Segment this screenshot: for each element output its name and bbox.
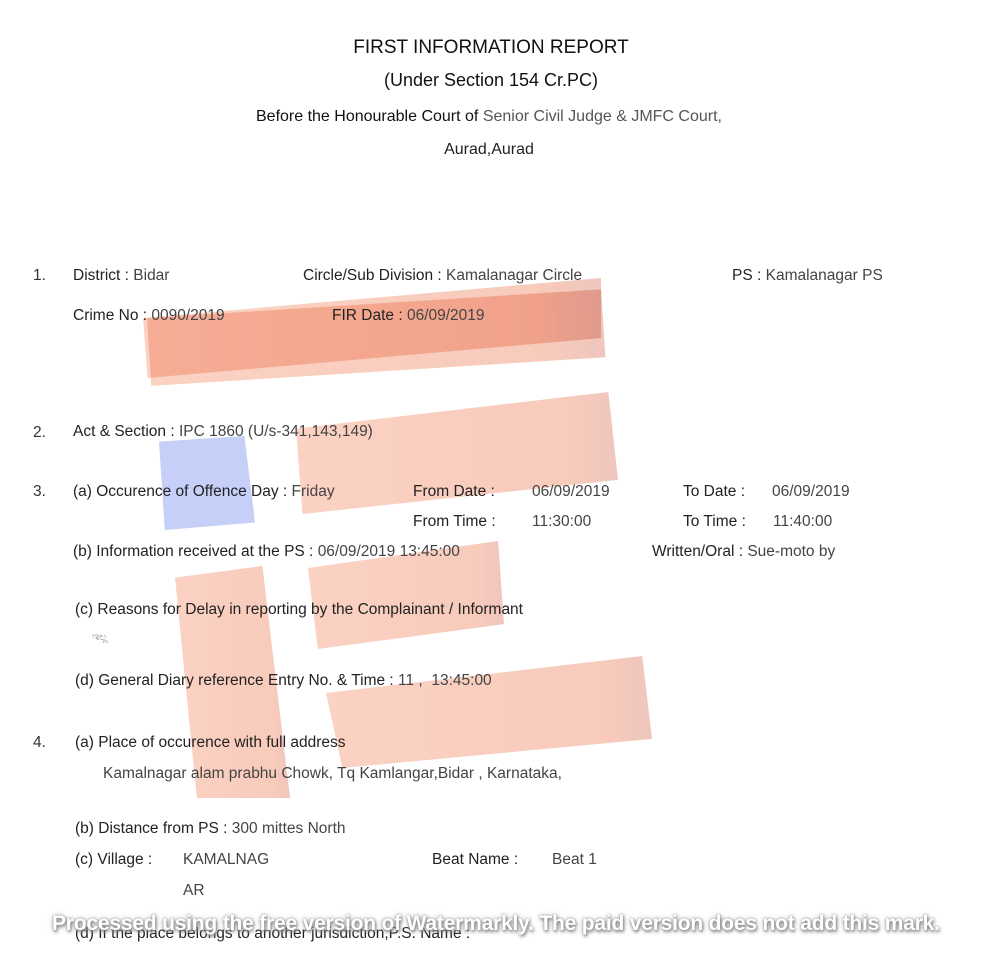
circle-label: Circle/Sub Division :: [303, 267, 442, 284]
offence-day-value: Friday: [292, 483, 335, 500]
to-date-label: To Date :: [683, 483, 745, 501]
section-number: 1.: [33, 267, 46, 285]
distance-field: (b) Distance from PS : 300 mittes North: [75, 820, 346, 838]
village-label: (c) Village :: [75, 851, 152, 869]
crime-no-value: 0090/2019: [151, 307, 224, 324]
to-time-value: 11:40:00: [773, 513, 832, 531]
general-diary-label: (d) General Diary reference Entry No. & …: [75, 672, 394, 689]
court-prefix: Before the Honourable Court of: [256, 108, 478, 125]
page-title: FIRST INFORMATION REPORT: [0, 37, 982, 59]
crime-no-field: Crime No : 0090/2019: [73, 307, 225, 325]
written-oral-field: Written/Oral : Sue-moto by: [652, 543, 835, 561]
info-received-label: (b) Information received at the PS :: [73, 543, 313, 560]
section-number: 4.: [33, 734, 46, 752]
section-number: 3.: [33, 483, 46, 501]
page-subtitle: (Under Section 154 Cr.PC): [0, 70, 982, 91]
village-value-line2: AR: [183, 882, 205, 900]
district-value: Bidar: [133, 267, 169, 284]
district-field: District : Bidar: [73, 267, 169, 285]
written-oral-value: Sue-moto by: [747, 543, 835, 560]
court-name: Senior Civil Judge & JMFC Court,: [483, 108, 722, 125]
crime-no-label: Crime No :: [73, 307, 147, 324]
overlay-shape: [143, 278, 601, 378]
delay-reason-value: ಇಲ್ಲ: [92, 631, 108, 644]
general-diary-field: (d) General Diary reference Entry No. & …: [75, 672, 492, 690]
offence-day-field: (a) Occurence of Offence Day : Friday: [73, 483, 335, 501]
ps-field: PS : Kamalanagar PS: [732, 267, 883, 285]
court-line: Before the Honourable Court of Senior Ci…: [0, 108, 978, 126]
from-date-label: From Date :: [413, 483, 495, 501]
written-oral-label: Written/Oral :: [652, 543, 743, 560]
act-label: Act & Section :: [73, 423, 175, 440]
offence-day-label: (a) Occurence of Offence Day :: [73, 483, 287, 500]
overlay-shape: [147, 289, 605, 385]
circle-value: Kamalanagar Circle: [446, 267, 582, 284]
circle-field: Circle/Sub Division : Kamalanagar Circle: [303, 267, 582, 285]
beat-name-value: Beat 1: [552, 851, 597, 869]
place-value: Kamalnagar alam prabhu Chowk, Tq Kamlang…: [103, 765, 562, 783]
act-section-field: Act & Section : IPC 1860 (U/s-341,143,14…: [73, 423, 373, 441]
ps-label: PS :: [732, 267, 761, 284]
info-received-field: (b) Information received at the PS : 06/…: [73, 543, 460, 561]
court-place: Aurad,Aurad: [0, 141, 978, 159]
fir-date-label: FIR Date :: [332, 307, 403, 324]
watermark-text: Processed using the free version of Wate…: [52, 912, 940, 936]
beat-name-label: Beat Name :: [432, 851, 518, 869]
to-time-label: To Time :: [683, 513, 746, 531]
ps-value: Kamalanagar PS: [766, 267, 883, 284]
fir-date-value: 06/09/2019: [407, 307, 485, 324]
delay-reason-label: (c) Reasons for Delay in reporting by th…: [75, 601, 523, 619]
section-number: 2.: [33, 424, 46, 442]
info-received-value: 06/09/2019 13:45:00: [318, 543, 460, 560]
from-date-value: 06/09/2019: [532, 483, 610, 501]
general-diary-value: 11 , 13:45:00: [398, 672, 492, 689]
distance-label: (b) Distance from PS :: [75, 820, 227, 837]
distance-value: 300 mittes North: [232, 820, 346, 837]
fir-date-field: FIR Date : 06/09/2019: [332, 307, 485, 325]
from-time-label: From Time :: [413, 513, 496, 531]
to-date-value: 06/09/2019: [772, 483, 850, 501]
from-time-value: 11:30:00: [532, 513, 591, 531]
place-label: (a) Place of occurence with full address: [75, 734, 346, 752]
village-value-line1: KAMALNAG: [183, 851, 269, 869]
act-value: IPC 1860 (U/s-341,143,149): [179, 423, 373, 440]
district-label: District :: [73, 267, 129, 284]
